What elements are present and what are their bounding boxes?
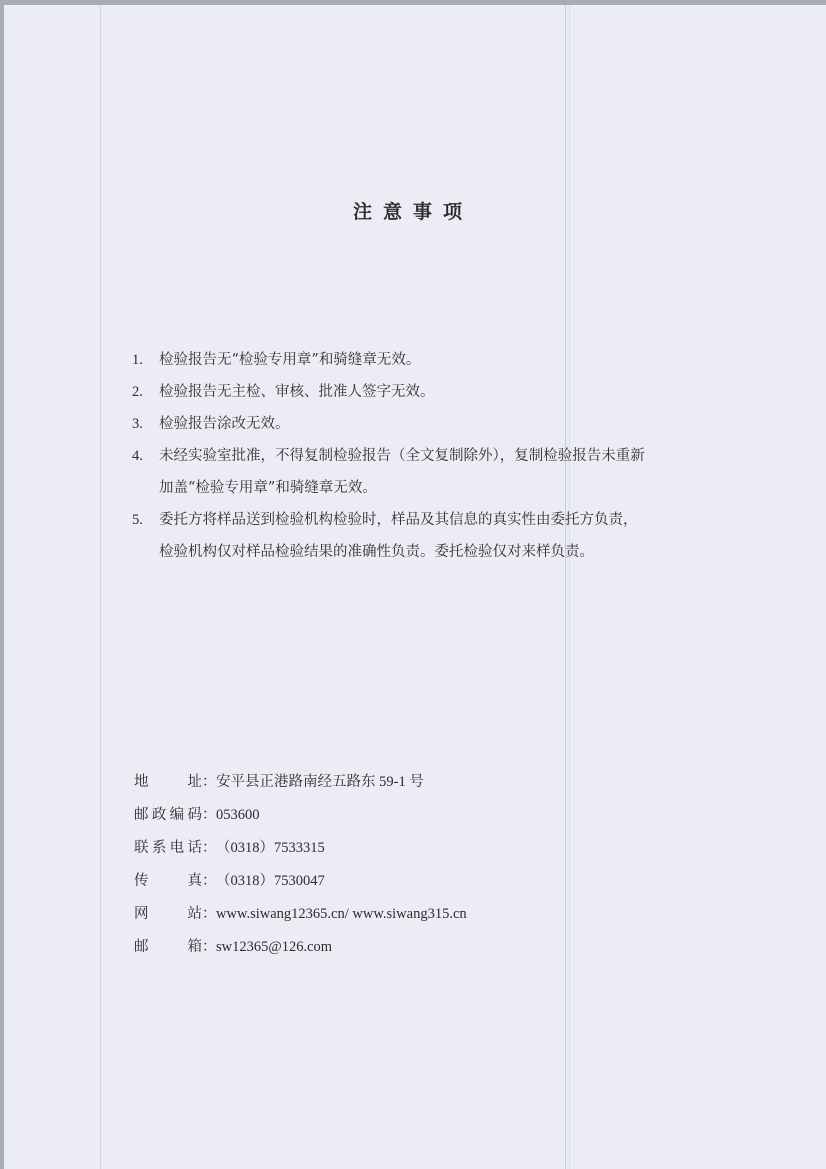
- fold-line: [100, 5, 101, 1169]
- contact-address: 地址 ： 安平县正港路南经五路东 59-1 号: [134, 766, 467, 799]
- contact-value: 053600: [216, 799, 260, 832]
- note-number: 1.: [132, 344, 159, 376]
- note-item: 5. 委托方将样品送到检验机构检验时，样品及其信息的真实性由委托方负责， 检验机…: [132, 504, 732, 568]
- note-number: 4.: [132, 440, 159, 472]
- note-text: 未经实验室批准，不得复制检验报告（全文复制除外），复制检验报告未重新 加盖“检验…: [159, 440, 732, 504]
- note-item: 3. 检验报告涂改无效。: [132, 408, 732, 440]
- website-value: www.siwang12365.cn/ www.siwang315.cn: [216, 898, 467, 931]
- contact-website: 网站 ： www.siwang12365.cn/ www.siwang315.c…: [134, 898, 467, 931]
- contact-separator: ：: [202, 931, 216, 964]
- contact-label: 传真: [134, 865, 202, 898]
- note-number: 5.: [132, 504, 159, 536]
- contact-fax: 传真 ： （0318）7530047: [134, 865, 467, 898]
- fold-line: [565, 5, 566, 1169]
- fold-line: [569, 5, 570, 1169]
- note-item: 1. 检验报告无“检验专用章”和骑缝章无效。: [132, 344, 732, 376]
- note-item: 2. 检验报告无主检、审核、批准人签字无效。: [132, 376, 732, 408]
- contact-label: 地址: [134, 766, 202, 799]
- note-text: 委托方将样品送到检验机构检验时，样品及其信息的真实性由委托方负责， 检验机构仅对…: [159, 504, 732, 568]
- contact-value: （0318）7530047: [216, 865, 325, 898]
- contact-label: 网站: [134, 898, 202, 931]
- note-item: 4. 未经实验室批准，不得复制检验报告（全文复制除外），复制检验报告未重新 加盖…: [132, 440, 732, 504]
- contact-separator: ：: [202, 832, 216, 865]
- contact-info: 地址 ： 安平县正港路南经五路东 59-1 号 邮政编码 ： 053600 联系…: [134, 766, 467, 964]
- contact-value: （0318）7533315: [216, 832, 325, 865]
- note-number: 3.: [132, 408, 159, 440]
- contact-label: 邮政编码: [134, 799, 202, 832]
- contact-separator: ：: [202, 898, 216, 931]
- contact-value: 安平县正港路南经五路东 59-1 号: [216, 766, 424, 799]
- contact-label: 邮箱: [134, 931, 202, 964]
- contact-separator: ：: [202, 799, 216, 832]
- note-text: 检验报告涂改无效。: [159, 408, 732, 440]
- page-title: 注意事项: [0, 197, 826, 224]
- note-text: 检验报告无主检、审核、批准人签字无效。: [159, 376, 732, 408]
- contact-phone: 联系电话 ： （0318）7533315: [134, 832, 467, 865]
- contact-label: 联系电话: [134, 832, 202, 865]
- contact-separator: ：: [202, 766, 216, 799]
- contact-email: 邮箱 ： sw12365@126.com: [134, 931, 467, 964]
- note-number: 2.: [132, 376, 159, 408]
- note-text: 检验报告无“检验专用章”和骑缝章无效。: [159, 344, 732, 376]
- document-page: [4, 5, 826, 1169]
- notes-list: 1. 检验报告无“检验专用章”和骑缝章无效。 2. 检验报告无主检、审核、批准人…: [132, 344, 732, 568]
- contact-separator: ：: [202, 865, 216, 898]
- contact-postcode: 邮政编码 ： 053600: [134, 799, 467, 832]
- email-value: sw12365@126.com: [216, 931, 332, 964]
